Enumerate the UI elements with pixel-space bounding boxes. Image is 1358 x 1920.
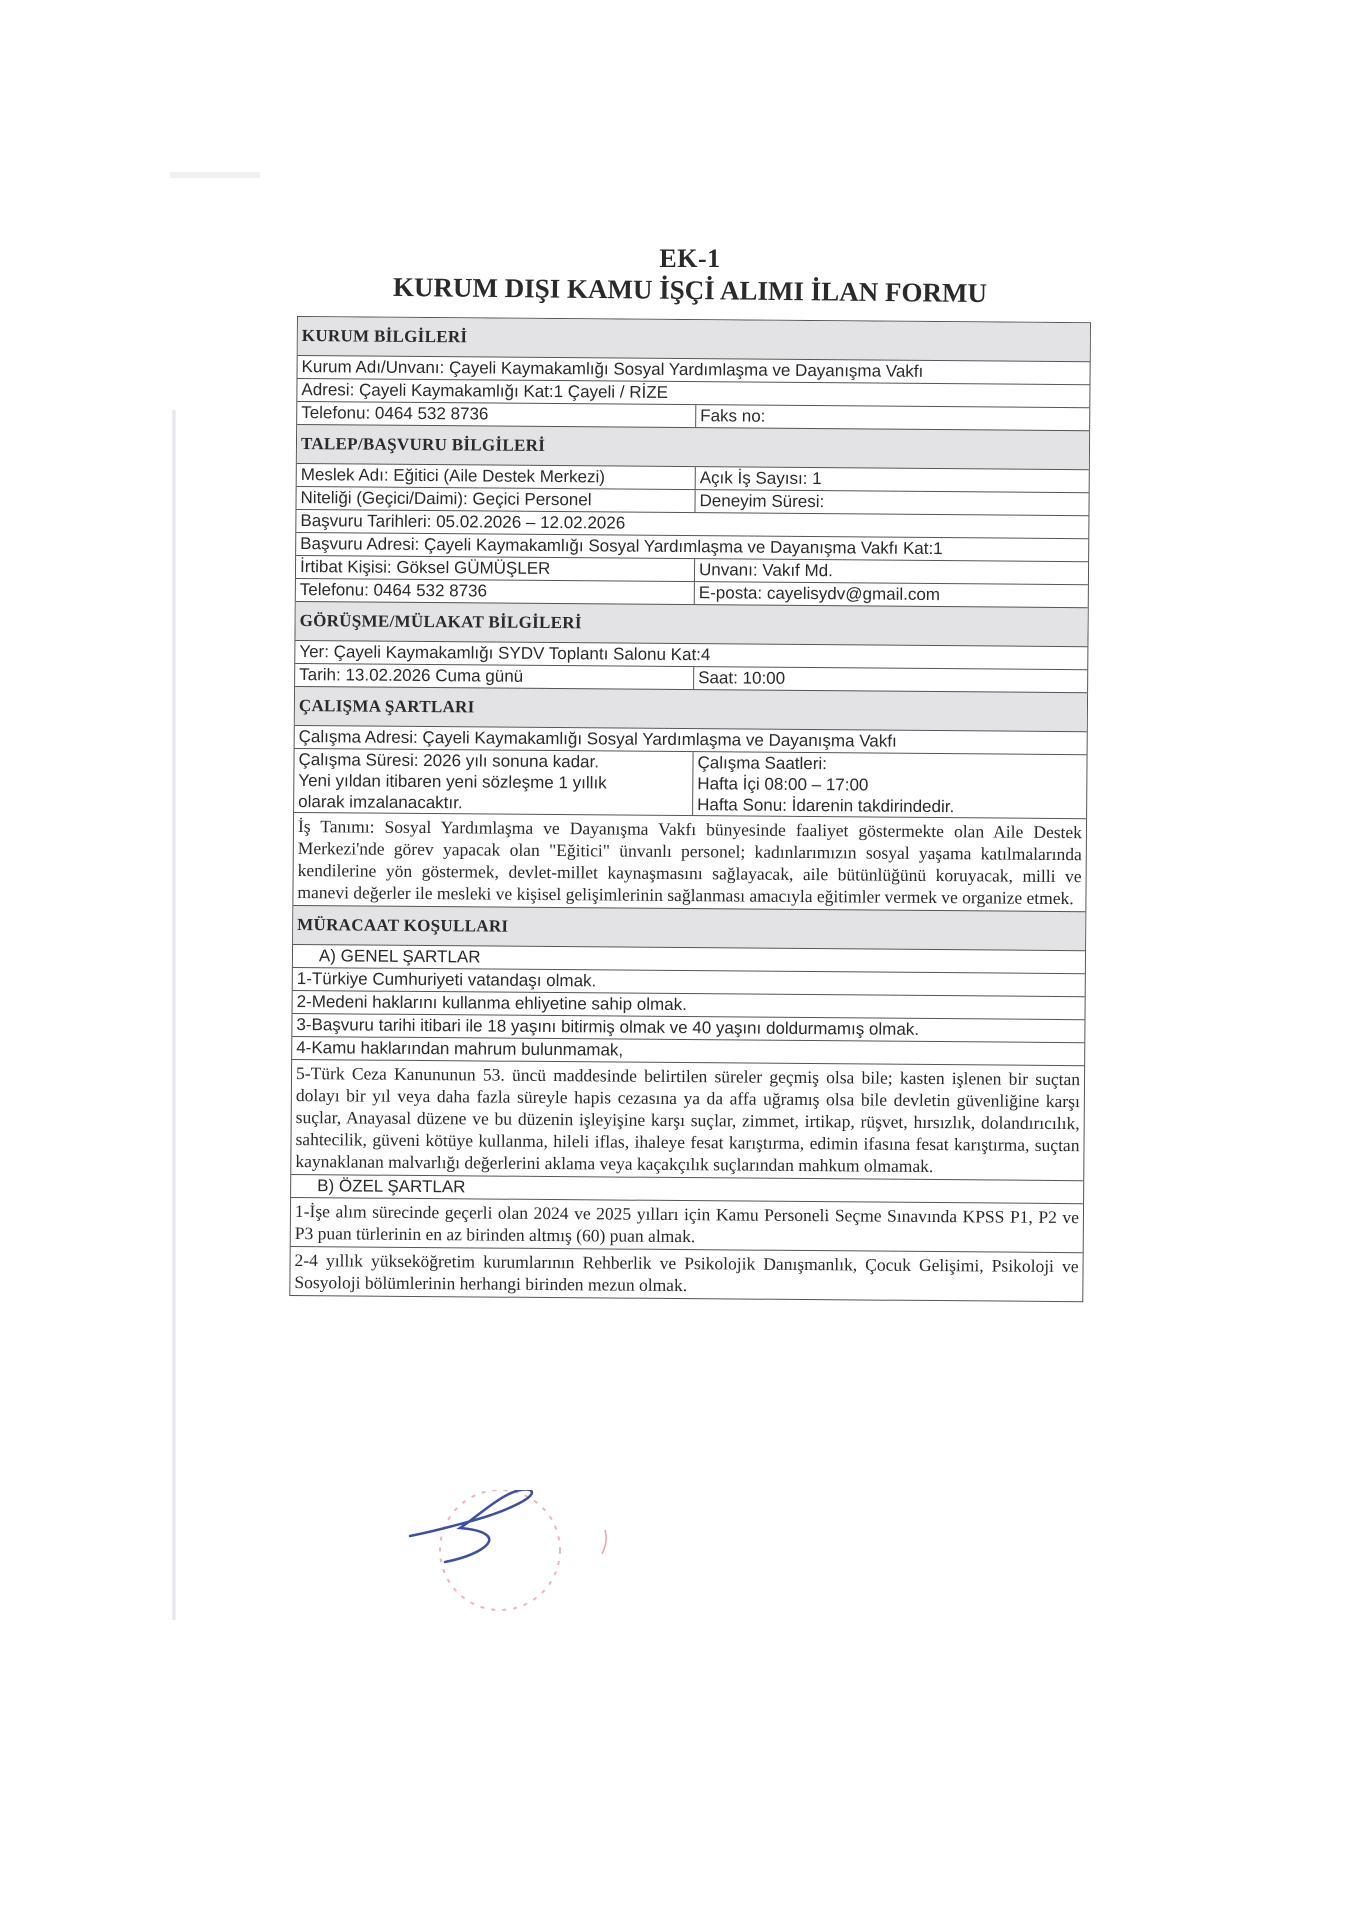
calisma-suresi: Çalışma Süresi: 2026 yılı sonuna kadar. … xyxy=(294,749,693,815)
meslek-adi: Meslek Adı: Eğitici (Aile Destek Merkezi… xyxy=(297,464,696,489)
section-calisma: ÇALIŞMA ŞARTLARI xyxy=(295,686,1087,731)
scan-artifact-top xyxy=(170,172,260,178)
is-tanimi: İş Tanımı: Sosyal Yardımlaşma ve Dayanış… xyxy=(293,813,1086,911)
calisma-suresi-line-3: olarak imzalanacaktır. xyxy=(298,791,688,815)
calisma-saatleri-label: Çalışma Saatleri: xyxy=(697,752,1082,776)
scan-artifact-edge xyxy=(172,410,176,1620)
niteligi: Niteliği (Geçici/Daimi): Geçici Personel xyxy=(296,487,695,512)
page-title: KURUM DIŞI KAMU İŞÇİ ALIMI İLAN FORMU xyxy=(280,270,1100,311)
section-kurum: KURUM BİLGİLERİ xyxy=(298,317,1090,361)
section-gorusme: GÖRÜŞME/MÜLAKAT BİLGİLERİ xyxy=(295,601,1087,646)
hafta-sonu: Hafta Sonu: İdarenin takdirindedir. xyxy=(697,794,1082,818)
annex-label: EK-1 xyxy=(280,244,1100,274)
irtibat-kisisi: İrtibat Kişisi: Göksel GÜMÜŞLER xyxy=(296,556,695,581)
announcement-form: KURUM BİLGİLERİ Kurum Adı/Unvanı: Çayeli… xyxy=(289,316,1091,1302)
gorusme-saat: Saat: 10:00 xyxy=(694,667,1087,692)
genel-sart-5: 5-Türk Ceza Kanununun 53. üncü maddesind… xyxy=(291,1060,1084,1180)
calisma-suresi-line-1: Çalışma Süresi: 2026 yılı sonuna kadar. xyxy=(298,749,688,773)
kurum-faks: Faks no: xyxy=(696,405,1089,430)
acik-is-sayisi: Açık İş Sayısı: 1 xyxy=(696,467,1089,492)
section-muracaat: MÜRACAAT KOŞULLARI xyxy=(293,905,1085,950)
gorusme-tarih: Tarih: 13.02.2026 Cuma günü xyxy=(295,664,694,689)
hafta-ici: Hafta İçi 08:00 – 17:00 xyxy=(697,773,1082,797)
irtibat-unvan: Unvanı: Vakıf Md. xyxy=(695,559,1088,584)
title-block: EK-1 KURUM DIŞI KAMU İŞÇİ ALIMI İLAN FOR… xyxy=(280,244,1100,306)
calisma-saatleri: Çalışma Saatleri: Hafta İçi 08:00 – 17:0… xyxy=(693,752,1086,818)
talep-telefon: Telefonu: 0464 532 8736 xyxy=(296,579,695,604)
signature-stamp-icon xyxy=(400,1490,620,1630)
kurum-telefon: Telefonu: 0464 532 8736 xyxy=(297,402,696,427)
talep-eposta[interactable]: E-posta: cayelisydv@gmail.com xyxy=(695,582,1088,607)
deneyim-suresi: Deneyim Süresi: xyxy=(695,490,1088,515)
calisma-suresi-line-2: Yeni yıldan itibaren yeni sözleşme 1 yıl… xyxy=(298,770,688,794)
section-talep: TALEP/BAŞVURU BİLGİLERİ xyxy=(297,424,1089,469)
ozel-sart-1: 1-İşe alım sürecinde geçerli olan 2024 v… xyxy=(291,1198,1083,1252)
ozel-sart-2: 2-4 yıllık yükseköğretim kurumlarının Re… xyxy=(290,1247,1082,1301)
